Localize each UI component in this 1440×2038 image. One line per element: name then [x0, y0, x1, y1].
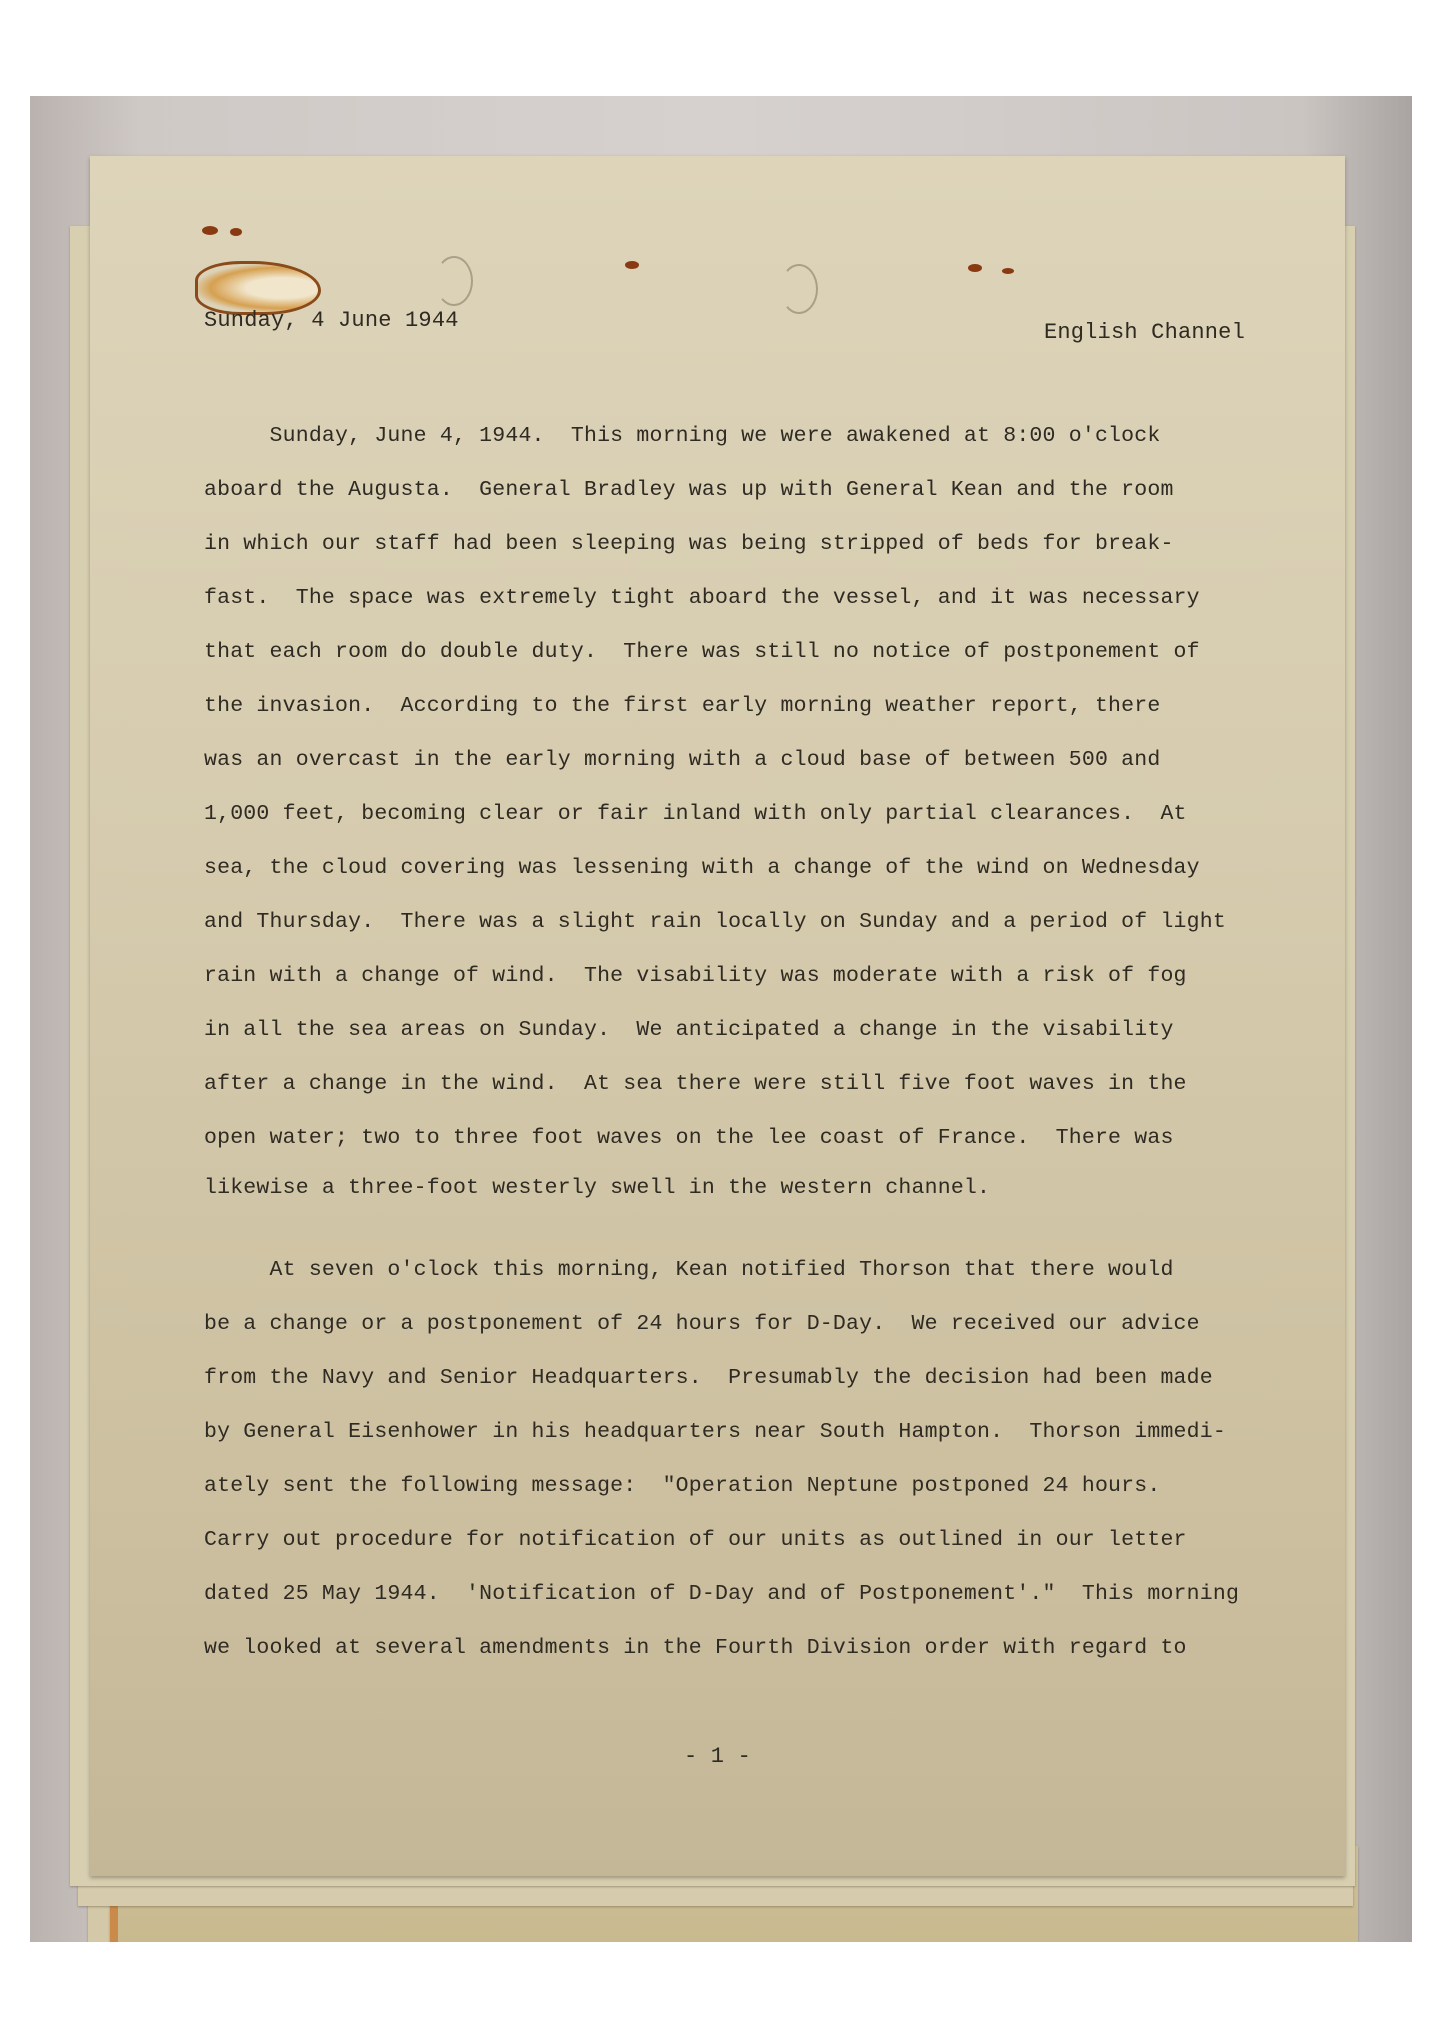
text-line: 1,000 feet, becoming clear or fair inlan… [204, 802, 1187, 826]
text-line: from the Navy and Senior Headquarters. P… [204, 1366, 1213, 1390]
text-line: open water; two to three foot waves on t… [204, 1126, 1174, 1150]
text-line: that each room do double duty. There was… [204, 640, 1200, 664]
text-line: aboard the Augusta. General Bradley was … [204, 478, 1174, 502]
page-number: - 1 - [90, 1744, 1345, 1769]
text-line: Carry out procedure for notification of … [204, 1528, 1187, 1552]
header-location: English Channel [1044, 320, 1245, 345]
text-line: by General Eisenhower in his headquarter… [204, 1420, 1226, 1444]
text-line: dated 25 May 1944. 'Notification of D-Da… [204, 1582, 1239, 1606]
text-line: was an overcast in the early morning wit… [204, 748, 1160, 772]
text-line: in all the sea areas on Sunday. We antic… [204, 1018, 1174, 1042]
typed-page: Sunday, 4 June 1944 English Channel Sund… [90, 156, 1345, 1876]
text-line: fast. The space was extremely tight aboa… [204, 586, 1200, 610]
document-photo: ... a ... Ab... On an old piece of paper… [30, 96, 1412, 1942]
text-line: sea, the cloud covering was lessening wi… [204, 856, 1200, 880]
text-line: after a change in the wind. At sea there… [204, 1072, 1187, 1096]
text-line: ately sent the following message: "Opera… [204, 1474, 1160, 1498]
text-line: the invasion. According to the first ear… [204, 694, 1160, 718]
text-line: be a change or a postponement of 24 hour… [204, 1312, 1200, 1336]
text-line: At seven o'clock this morning, Kean noti… [204, 1258, 1174, 1282]
text-line: Sunday, June 4, 1944. This morning we we… [204, 424, 1160, 448]
text-line: rain with a change of wind. The visabili… [204, 964, 1187, 988]
text-line: in which our staff had been sleeping was… [204, 532, 1174, 556]
text-line: and Thursday. There was a slight rain lo… [204, 910, 1226, 934]
page-body: Sunday, 4 June 1944 English Channel Sund… [90, 156, 1345, 1876]
text-line: we looked at several amendments in the F… [204, 1636, 1187, 1660]
header-date: Sunday, 4 June 1944 [204, 308, 459, 333]
text-line: likewise a three-foot westerly swell in … [204, 1176, 990, 1200]
